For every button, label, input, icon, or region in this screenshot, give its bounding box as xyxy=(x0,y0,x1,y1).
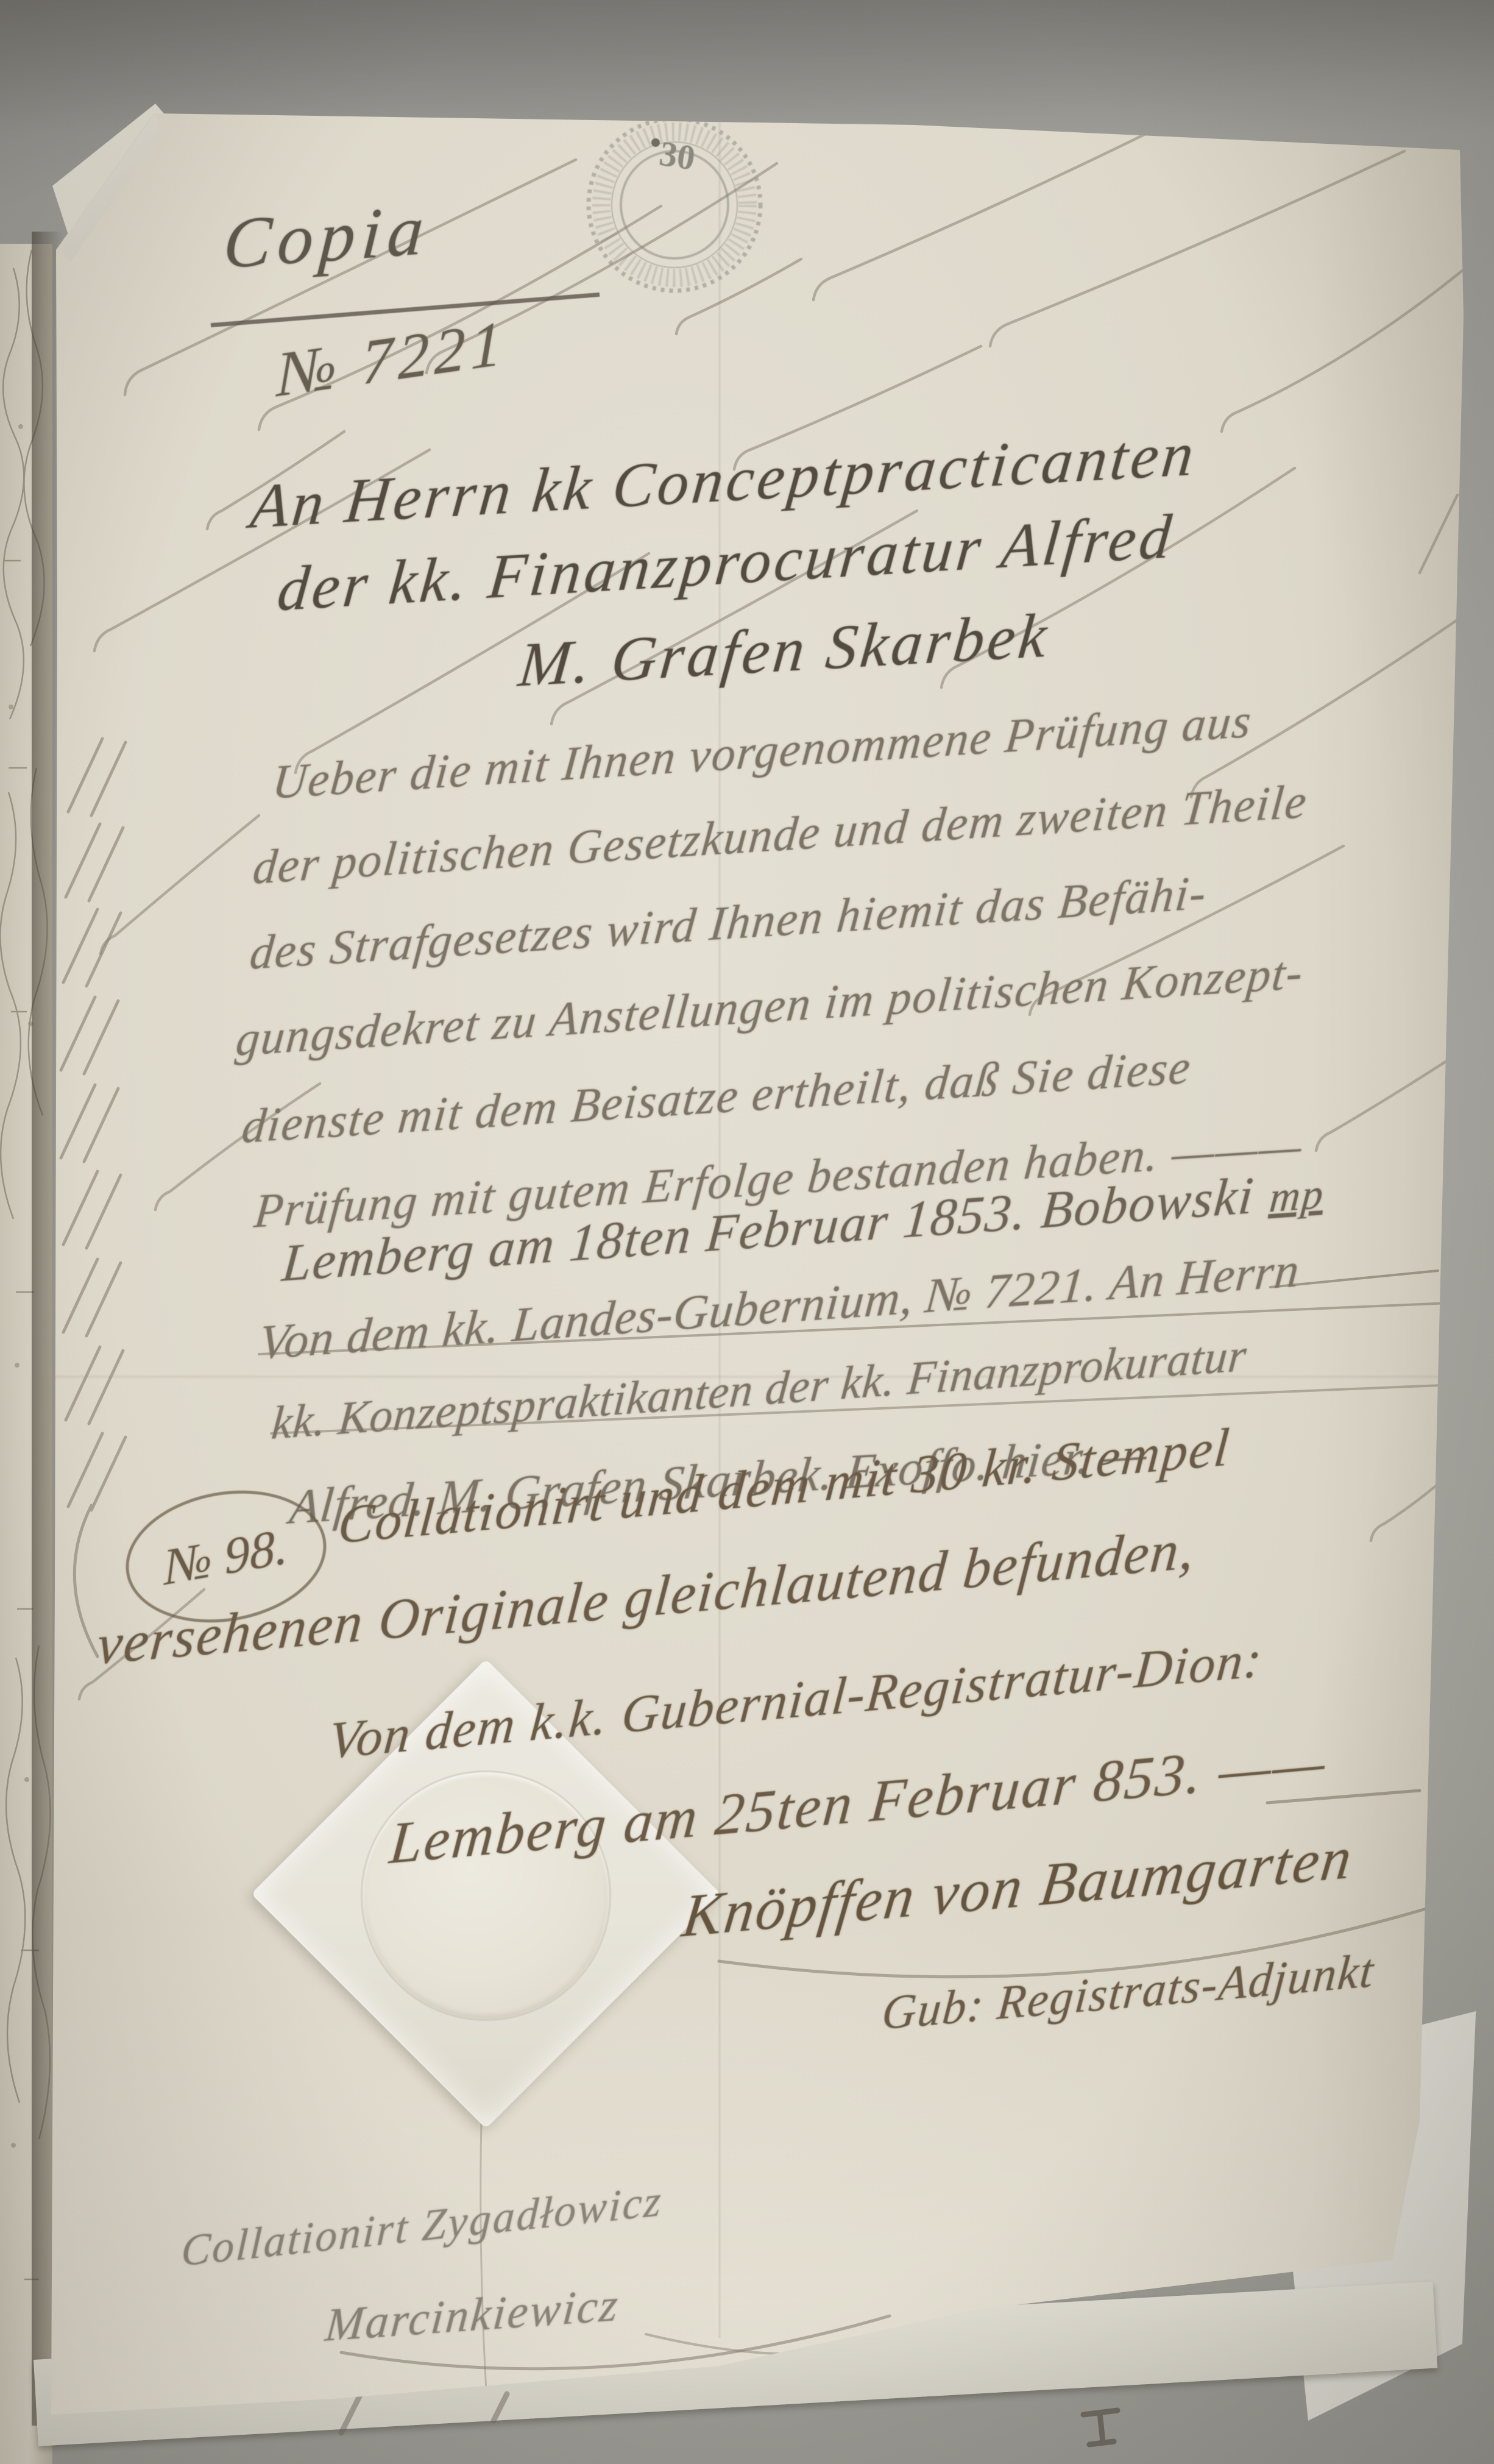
manu-propria-mark: mp xyxy=(1267,1171,1326,1222)
collation-number: № 98. xyxy=(163,1516,289,1597)
photo-of-document: 30 xyxy=(0,0,1494,2464)
copia-label: Copia xyxy=(221,188,432,286)
document-page: 30 xyxy=(0,0,1494,2464)
